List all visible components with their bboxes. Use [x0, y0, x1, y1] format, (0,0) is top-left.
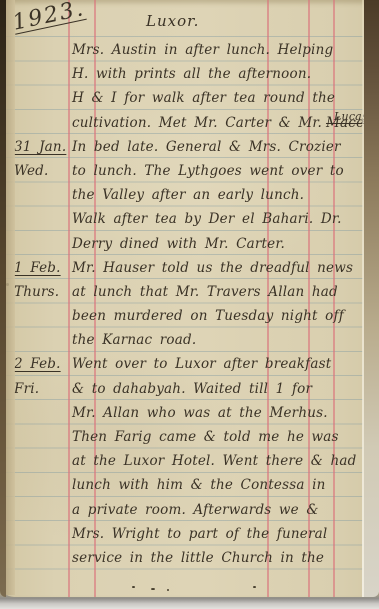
page-heading: Luxor.	[146, 12, 199, 30]
page-right-edge	[364, 0, 379, 597]
diary-line: H. with prints all the afternoon.	[14, 62, 366, 86]
line-text: Then Farig came & told me he was	[72, 429, 339, 445]
diary-line: the Valley after an early lunch.	[14, 183, 366, 207]
line-text: at the Luxor Hotel. Went there & had	[72, 453, 356, 469]
diary-line: a private room. Afterwards we &	[14, 498, 366, 522]
line-text: H & I for walk after tea round the	[72, 90, 335, 106]
line-text: lunch with him & the Contessa in	[72, 477, 326, 493]
page-gutter-edge	[6, 0, 15, 595]
line-text: Derry dined with Mr. Carter.	[72, 236, 285, 252]
ink-speck	[253, 586, 256, 588]
line-text: service in the little Church in the	[72, 550, 324, 566]
diary-page-scan: 1923. Luxor. Mrs. Austin in after lunch.…	[0, 0, 379, 609]
entry-date: 1 Feb.	[14, 256, 70, 280]
diary-line: Fri.& to dahabyah. Waited till 1 for	[14, 377, 366, 401]
line-text: H. with prints all the afternoon.	[72, 66, 311, 82]
diary-line: Mrs. Wright to part of the funeral	[14, 522, 366, 546]
entry-day: Fri.	[14, 377, 70, 401]
diary-line: 31 Jan.In bed late. General & Mrs. Crozi…	[14, 135, 366, 159]
diary-line: been murdered on Tuesday night off	[14, 304, 366, 328]
line-text: the Karnac road.	[72, 332, 196, 348]
entry-day: Wed.	[14, 159, 70, 183]
line-text: Mrs. Austin in after lunch. Helping	[72, 42, 333, 58]
entry-date: 31 Jan.	[14, 135, 70, 159]
diary-line: Walk after tea by Der el Bahari. Dr.	[14, 207, 366, 231]
ink-speck	[132, 586, 135, 588]
diary-line: lunch with him & the Contessa in	[14, 473, 366, 497]
notebook-page: 1923. Luxor. Mrs. Austin in after lunch.…	[0, 0, 379, 597]
diary-line: 1 Feb.Mr. Hauser told us the dreadful ne…	[14, 256, 366, 280]
line-text: a private room. Afterwards we &	[72, 502, 319, 518]
line-text: Mr. Hauser told us the dreadful news	[72, 260, 353, 276]
diary-line: 2 Feb.Went over to Luxor after breakfast	[14, 352, 366, 376]
diary-line: Mr. Allan who was at the Merhus.	[14, 401, 366, 425]
diary-line: Derry dined with Mr. Carter.	[14, 232, 366, 256]
line-text: the Valley after an early lunch.	[72, 187, 304, 203]
ink-speck	[151, 588, 155, 590]
diary-line: Thurs.at lunch that Mr. Travers Allan ha…	[14, 280, 366, 304]
line-text: been murdered on Tuesday night off	[72, 308, 344, 324]
line-text: & to dahabyah. Waited till 1 for	[72, 381, 312, 397]
ink-speck	[167, 589, 169, 591]
diary-line: the Karnac road.	[14, 328, 366, 352]
diary-line: at the Luxor Hotel. Went there & had	[14, 449, 366, 473]
diary-line: service in the little Church in the	[14, 546, 366, 570]
entry-day: Thurs.	[14, 280, 70, 304]
line-text: at lunch that Mr. Travers Allan had	[72, 284, 338, 300]
line-text: to lunch. The Lythgoes went over to	[72, 163, 344, 179]
line-text: Mr. Allan who was at the Merhus.	[72, 405, 328, 421]
diary-line: Mrs. Austin in after lunch. Helping	[14, 38, 366, 62]
diary-entries: Mrs. Austin in after lunch. Helping H. w…	[14, 38, 366, 570]
line-text: Went over to Luxor after breakfast	[72, 356, 331, 372]
line-text: Walk after tea by Der el Bahari. Dr.	[72, 211, 342, 227]
entry-date: 2 Feb.	[14, 352, 70, 376]
line-text: cultivation. Met Mr. Carter & Mr.	[72, 115, 322, 131]
diary-line: Then Farig came & told me he was	[14, 425, 366, 449]
diary-line: cultivation. Met Mr. Carter & Mr.Lucas.M…	[14, 111, 366, 135]
line-text: Mrs. Wright to part of the funeral	[72, 526, 327, 542]
diary-line: H & I for walk after tea round the	[14, 86, 366, 110]
diary-line: Wed.to lunch. The Lythgoes went over to	[14, 159, 366, 183]
line-text: In bed late. General & Mrs. Crozier	[72, 139, 341, 155]
